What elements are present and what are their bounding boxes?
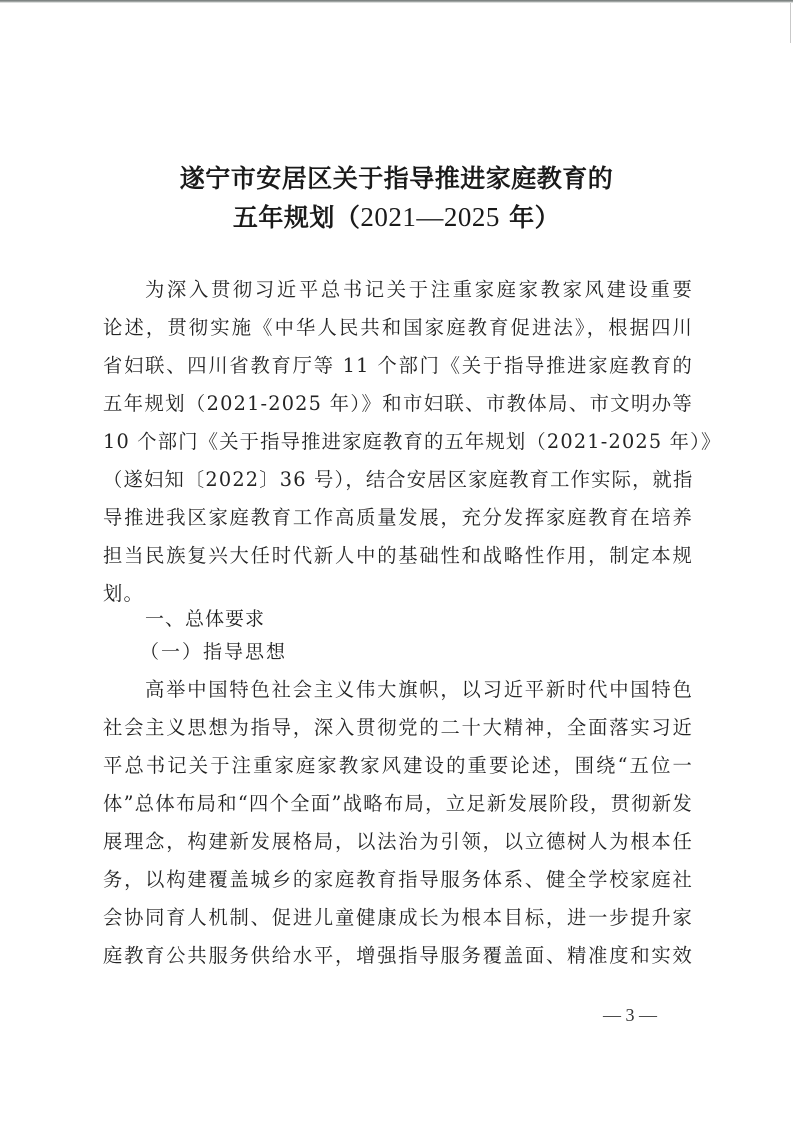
guiding-line: 社会主义思想为指导，深入贯彻党的二十大精神，全面落实习近: [103, 716, 693, 740]
page-number: — 3 —: [595, 1005, 665, 1026]
guiding-line: 展理念，构建新发展格局，以法治为引领，以立德树人为根本任: [103, 830, 693, 854]
guiding-line: 平总书记关于注重家庭家教家风建设的重要论述，围绕“五位一: [103, 754, 693, 778]
document-title-line-2: 五年规划（2021—2025 年）: [0, 198, 793, 234]
intro-line: 导推进我区家庭教育工作高质量发展，充分发挥家庭教育在培养: [103, 506, 693, 530]
guiding-line: 庭教育公共服务供给水平，增强指导服务覆盖面、精准度和实效: [103, 944, 693, 968]
subsection-heading: （一）指导思想: [140, 640, 287, 664]
intro-line: 划。: [103, 582, 693, 606]
guiding-line: 务，以构建覆盖城乡的家庭教育指导服务体系、健全学校家庭社: [103, 868, 693, 892]
scan-edge-top: [0, 0, 793, 3]
title-suffix: 年）: [500, 203, 560, 232]
intro-line: （遂妇知〔2022〕36 号），结合安居区家庭教育工作实际，就指: [103, 468, 693, 492]
intro-line: 论述，贯彻实施《中华人民共和国家庭教育促进法》，根据四川: [103, 316, 693, 340]
title-years: 2021—2025: [360, 202, 500, 232]
section-heading: 一、总体要求: [145, 607, 265, 631]
guiding-line: 会协同育人机制、促进儿童健康成长为根本目标，进一步提升家: [103, 906, 693, 930]
intro-line: 为深入贯彻习近平总书记关于注重家庭家教家风建设重要: [145, 278, 693, 302]
guiding-line: 高举中国特色社会主义伟大旗帜，以习近平新时代中国特色: [145, 678, 693, 702]
guiding-line: 体”总体布局和“四个全面”战略布局，立足新发展阶段，贯彻新发: [103, 792, 693, 816]
document-title-line-1: 遂宁市安居区关于指导推进家庭教育的: [0, 159, 793, 195]
intro-line: 担当民族复兴大任时代新人中的基础性和战略性作用，制定本规: [103, 544, 693, 568]
intro-line: 省妇联、四川省教育厅等 11 个部门《关于指导推进家庭教育的: [103, 354, 693, 378]
intro-line: 10 个部门《关于指导推进家庭教育的五年规划（2021-2025 年）》: [103, 430, 693, 454]
scan-edge-right: [790, 3, 791, 43]
title-prefix: 五年规划（: [233, 203, 361, 232]
intro-line: 五年规划（2021-2025 年）》和市妇联、市教体局、市文明办等: [103, 392, 693, 416]
